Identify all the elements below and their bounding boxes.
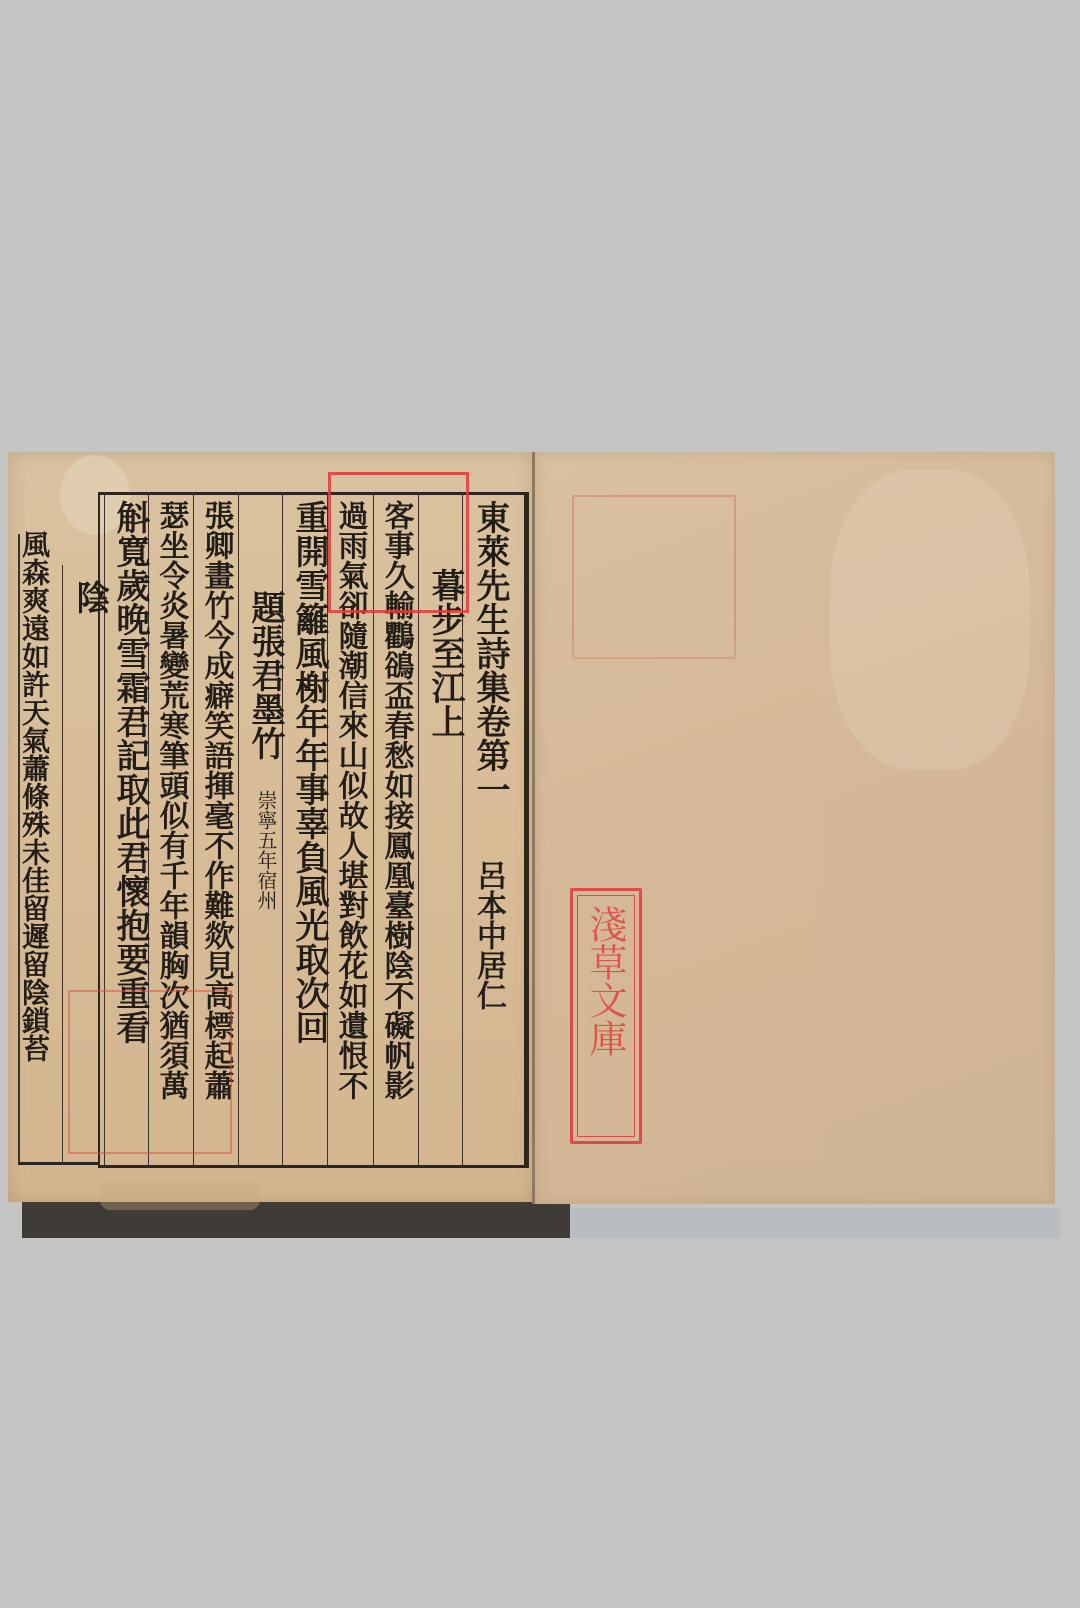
asakusa-bunko-seal: 淺草文庫 [570,888,642,1144]
poem-line-column: 斛寬歲晚雪霜君記取此君懷抱要重看 [110,500,150,1044]
page-shadow-right [570,1208,1060,1238]
author-column: 呂本中居仁 [470,860,506,1010]
column-rule [62,565,63,1165]
poem-line-column: 重開雪籬風榭年年事辜負風光取次回 [289,500,329,1044]
faded-library-seal [68,990,232,1154]
ghost-seal-offset [572,495,736,659]
edge-text-column: 風森爽遠如許天氣蕭條殊未佳留遲留陰鎖苔 [20,530,49,1062]
column-rule [238,492,239,1165]
poem-note-column: 崇寧五年宿州 [254,790,278,910]
paper-stain [830,470,1030,770]
red-square-seal [328,472,469,613]
book-title-column: 東萊先生詩集卷第一 [470,500,510,806]
seal-text: 淺草文庫 [585,905,625,1057]
margin-character: 陰 [70,580,110,614]
paper-damage [100,1180,260,1210]
poem-title-column: 題張君墨竹 [245,590,285,760]
